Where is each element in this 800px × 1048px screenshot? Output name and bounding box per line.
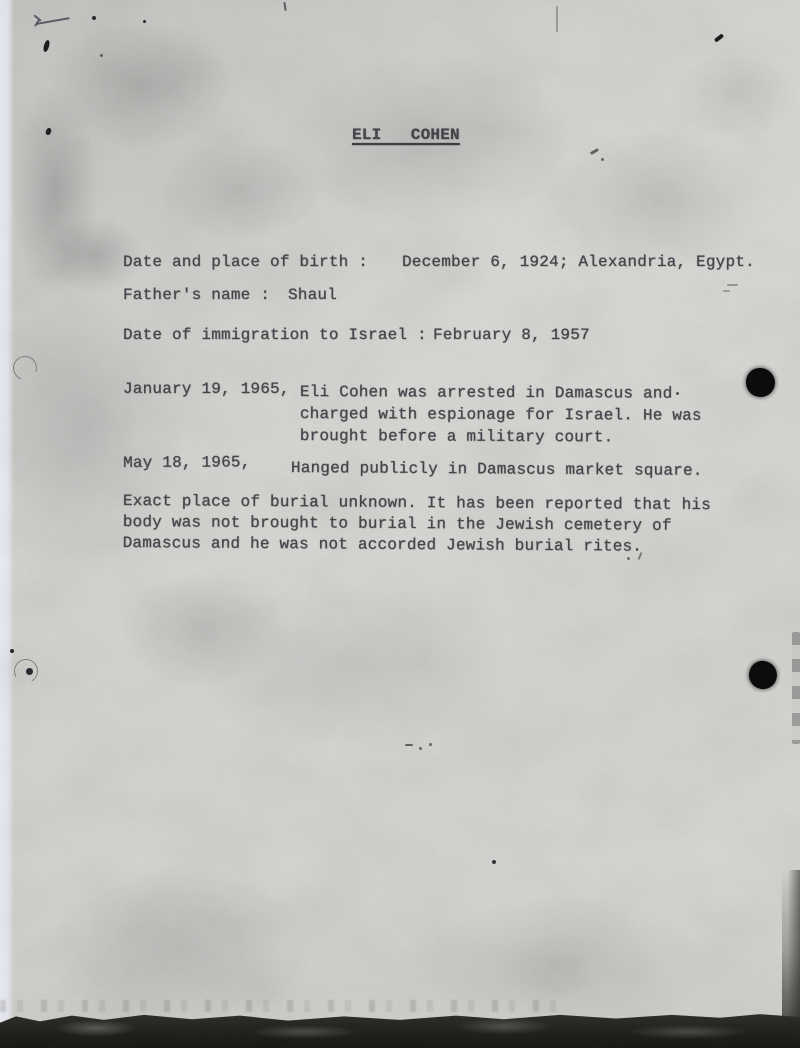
hole-punch-right-bottom	[746, 658, 780, 692]
event-description-execution: Hanged publicly in Damascus market squar…	[291, 457, 703, 482]
ink-speck	[714, 33, 724, 42]
ink-speck	[492, 860, 496, 864]
ink-speck	[42, 40, 50, 53]
ink-speck	[590, 148, 599, 155]
field-value-immigration: February 8, 1957	[433, 324, 590, 346]
scan-left-edge	[0, 0, 14, 1048]
burial-note: Exact place of burial unknown. It has be…	[123, 491, 712, 558]
event-date-arrest: January 19, 1965,	[123, 378, 290, 400]
scan-bottom-fringe	[0, 1000, 560, 1012]
ink-speck	[405, 744, 413, 746]
pencil-mark	[723, 290, 730, 292]
scanned-document-page: ELI COHEN Date and place of birth : Dece…	[0, 0, 800, 1048]
scan-bottom-band	[0, 1012, 800, 1048]
field-value-birth: December 6, 1924; Alexandria, Egypt.	[402, 251, 755, 273]
scan-right-edge-marks	[792, 632, 800, 744]
field-label-birth: Date and place of birth :	[123, 251, 368, 273]
ink-speck	[92, 16, 96, 20]
scratch-mark	[556, 6, 558, 32]
pen-mark	[36, 17, 70, 25]
ink-speck	[26, 668, 33, 675]
field-label-immigration: Date of immigration to Israel :	[123, 324, 427, 346]
ink-speck	[419, 747, 422, 750]
ink-speck	[45, 127, 52, 135]
ink-speck	[10, 649, 14, 653]
ink-speck	[283, 2, 286, 11]
ink-speck	[676, 392, 679, 395]
pencil-mark	[727, 284, 738, 286]
ink-speck	[627, 557, 630, 560]
document-title: ELI COHEN	[352, 124, 460, 146]
ink-speck	[100, 54, 103, 57]
hole-punch-right-top	[746, 368, 775, 397]
ink-speck	[601, 158, 604, 161]
event-description-arrest: Eli Cohen was arrested in Damascus and c…	[300, 381, 702, 449]
event-date-execution: May 18, 1965,	[123, 451, 251, 474]
field-value-father: Shaul	[288, 284, 337, 306]
field-label-father: Father's name :	[123, 284, 270, 306]
ink-speck	[143, 20, 146, 23]
ink-speck	[429, 743, 432, 746]
